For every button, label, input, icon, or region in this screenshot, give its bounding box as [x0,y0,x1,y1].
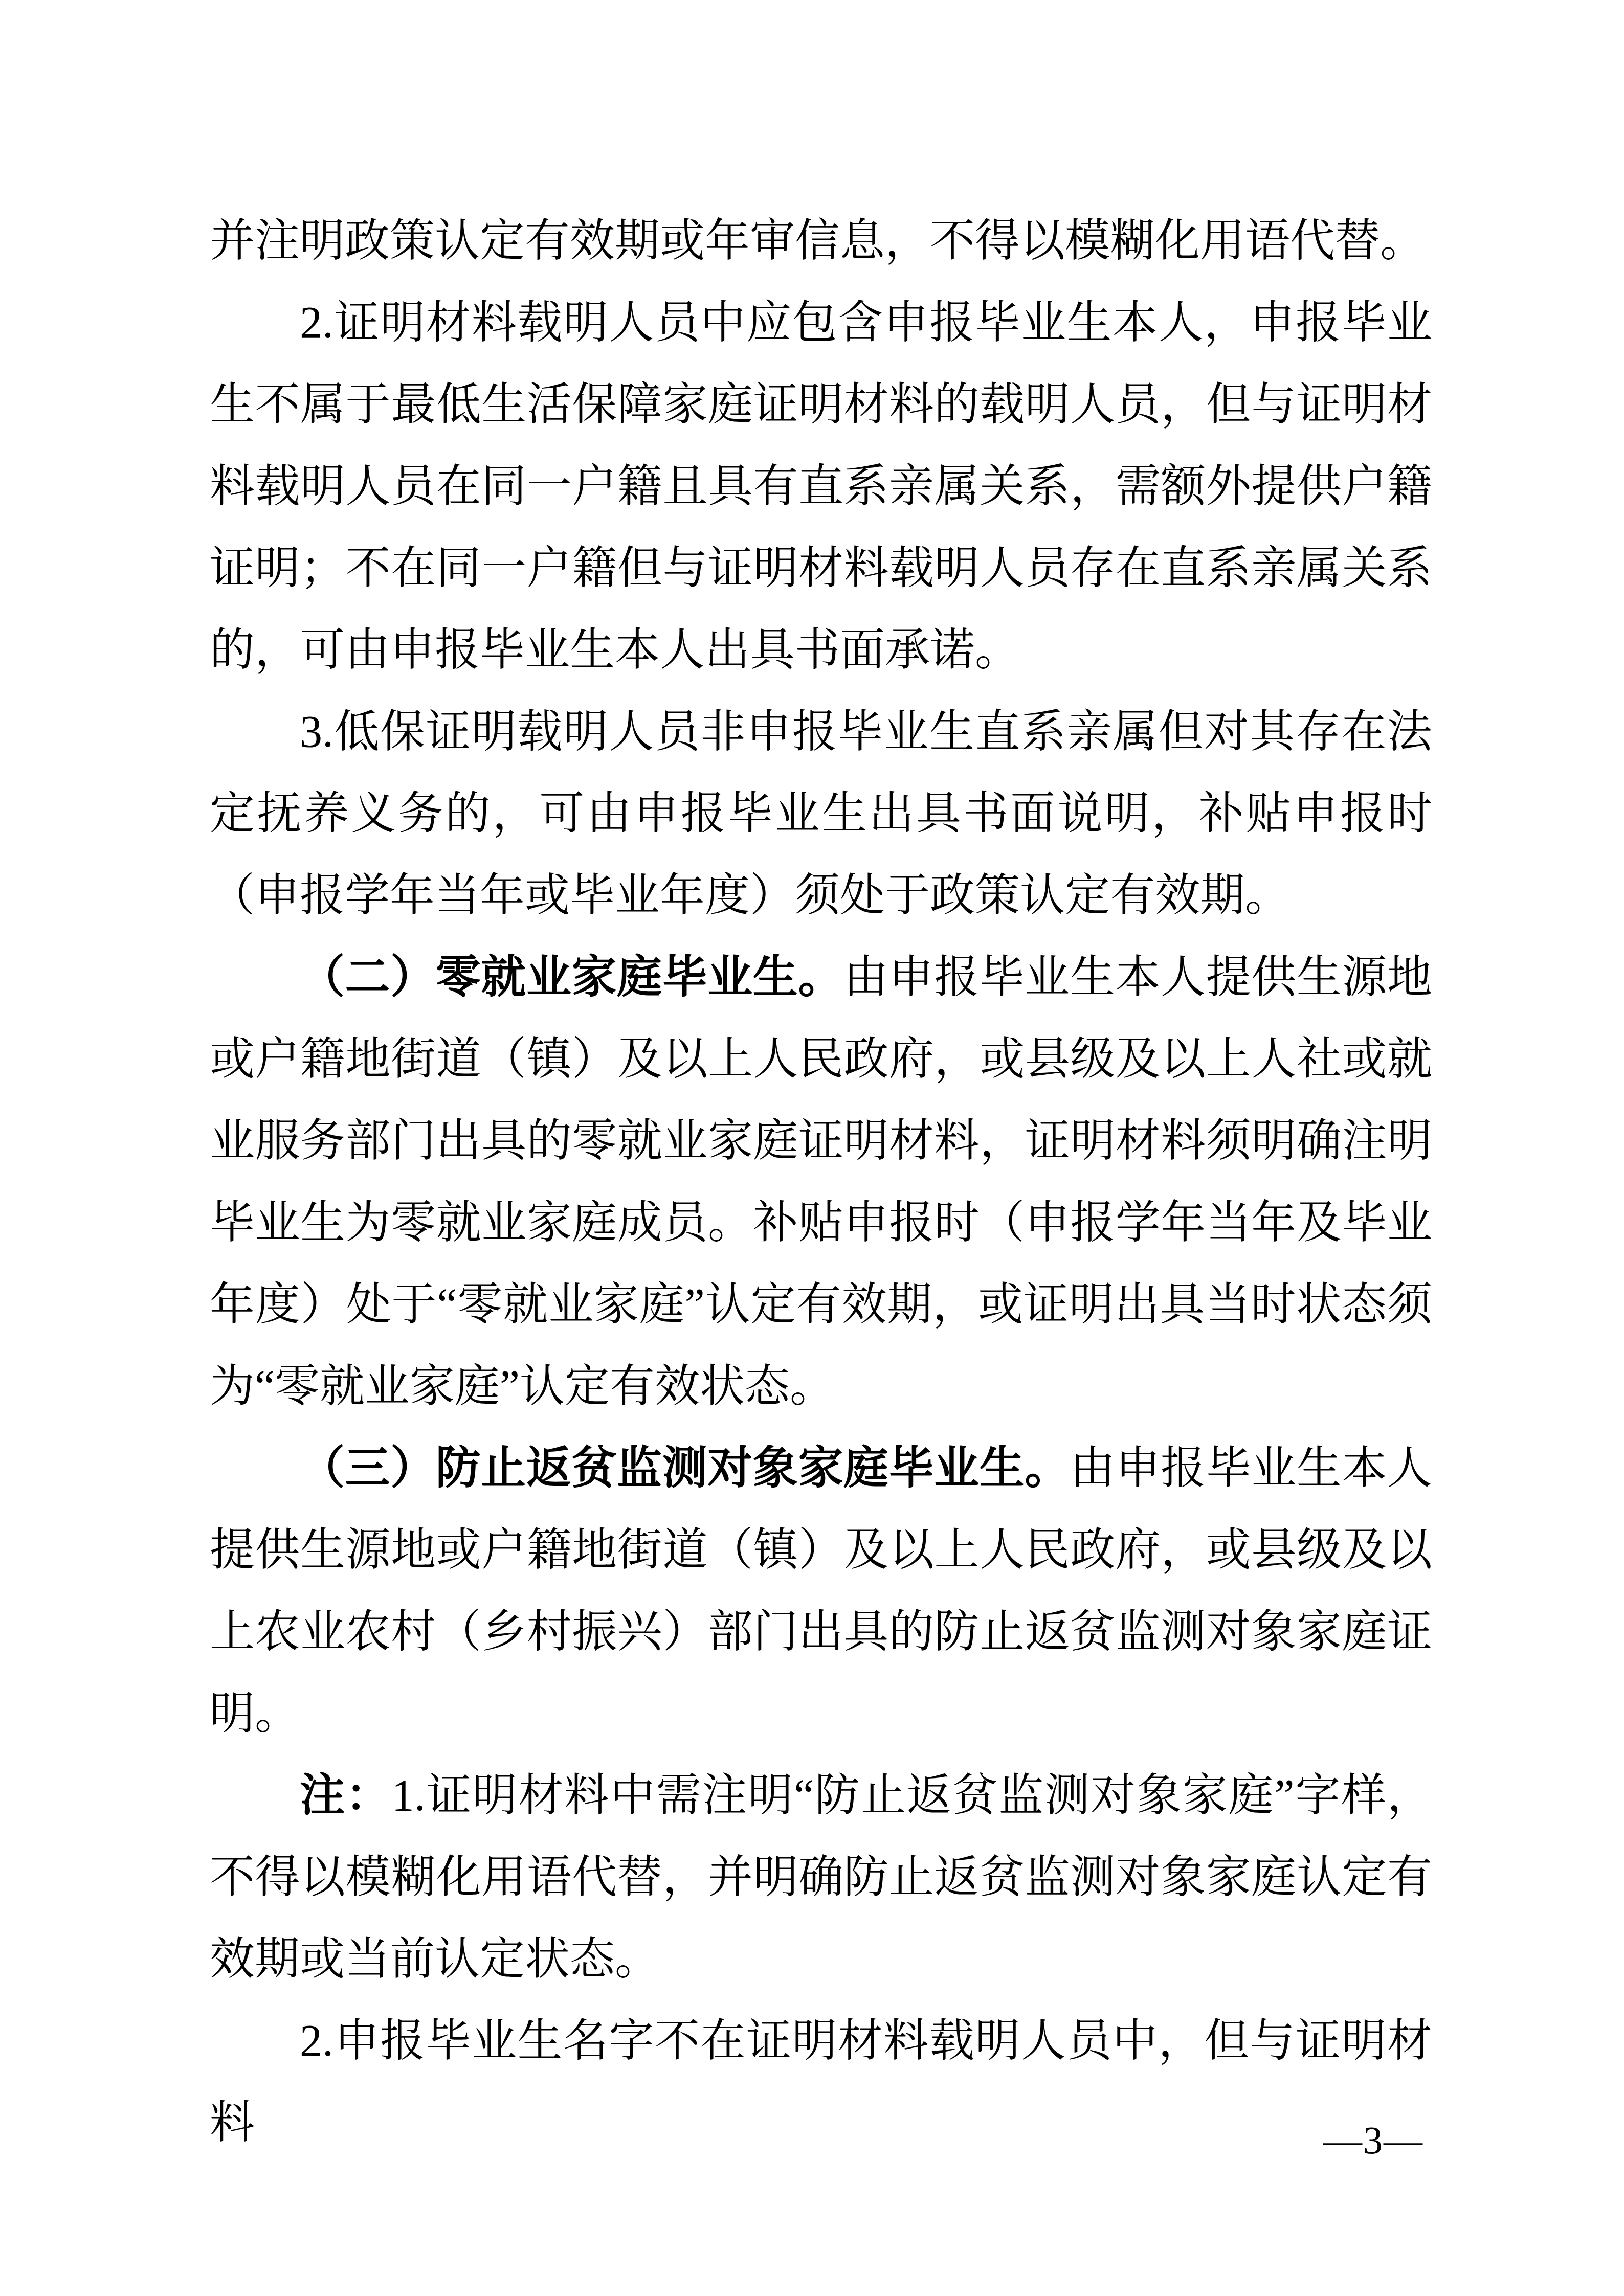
paragraph: （二）零就业家庭毕业生。由申报毕业生本人提供生源地或户籍地街道（镇）及以上人民政… [210,937,1432,1428]
paragraph: 注：1.证明材料中需注明“防止返贫监测对象家庭”字样，不得以模糊化用语代替，并明… [210,1755,1432,2000]
text-segment: 并注明政策认定有效期或年审信息，不得以模糊化用语代替。 [210,216,1425,266]
paragraph: （三）防止返贫监测对象家庭毕业生。由申报毕业生本人提供生源地或户籍地街道（镇）及… [210,1428,1432,1755]
paragraph: 3.低保证明载明人员非申报毕业生直系亲属但对其存在法定抚养义务的，可由申报毕业生… [210,691,1432,937]
text-segment: 1.证明材料中需注明“防止返贫监测对象家庭”字样，不得以模糊化用语代替，并明确防… [210,1771,1432,1984]
paragraph: 2.申报毕业生名字不在证明材料载明人员中，但与证明材料 [210,2000,1432,2164]
document-body: 并注明政策认定有效期或年审信息，不得以模糊化用语代替。2.证明材料载明人员中应包… [210,200,1432,2164]
heading-segment: （二）零就业家庭毕业生。 [300,953,843,1002]
heading-segment: （三）防止返贫监测对象家庭毕业生。 [300,1444,1070,1493]
text-segment: 2.申报毕业生名字不在证明材料载明人员中，但与证明材料 [210,2016,1432,2148]
page-number: —3— [1323,2121,1423,2160]
text-segment: 由申报毕业生本人提供生源地或户籍地街道（镇）及以上人民政府，或县级及以上人社或就… [210,953,1432,1411]
text-segment: 3.低保证明载明人员非申报毕业生直系亲属但对其存在法定抚养义务的，可由申报毕业生… [210,707,1432,920]
heading-segment: 注： [300,1771,392,1820]
paragraph: 2.证明材料载明人员中应包含申报毕业生本人，申报毕业生不属于最低生活保障家庭证明… [210,282,1432,691]
document-page: 并注明政策认定有效期或年审信息，不得以模糊化用语代替。2.证明材料载明人员中应包… [0,0,1624,2296]
paragraph: 并注明政策认定有效期或年审信息，不得以模糊化用语代替。 [210,200,1432,282]
text-segment: 2.证明材料载明人员中应包含申报毕业生本人，申报毕业生不属于最低生活保障家庭证明… [210,298,1432,675]
